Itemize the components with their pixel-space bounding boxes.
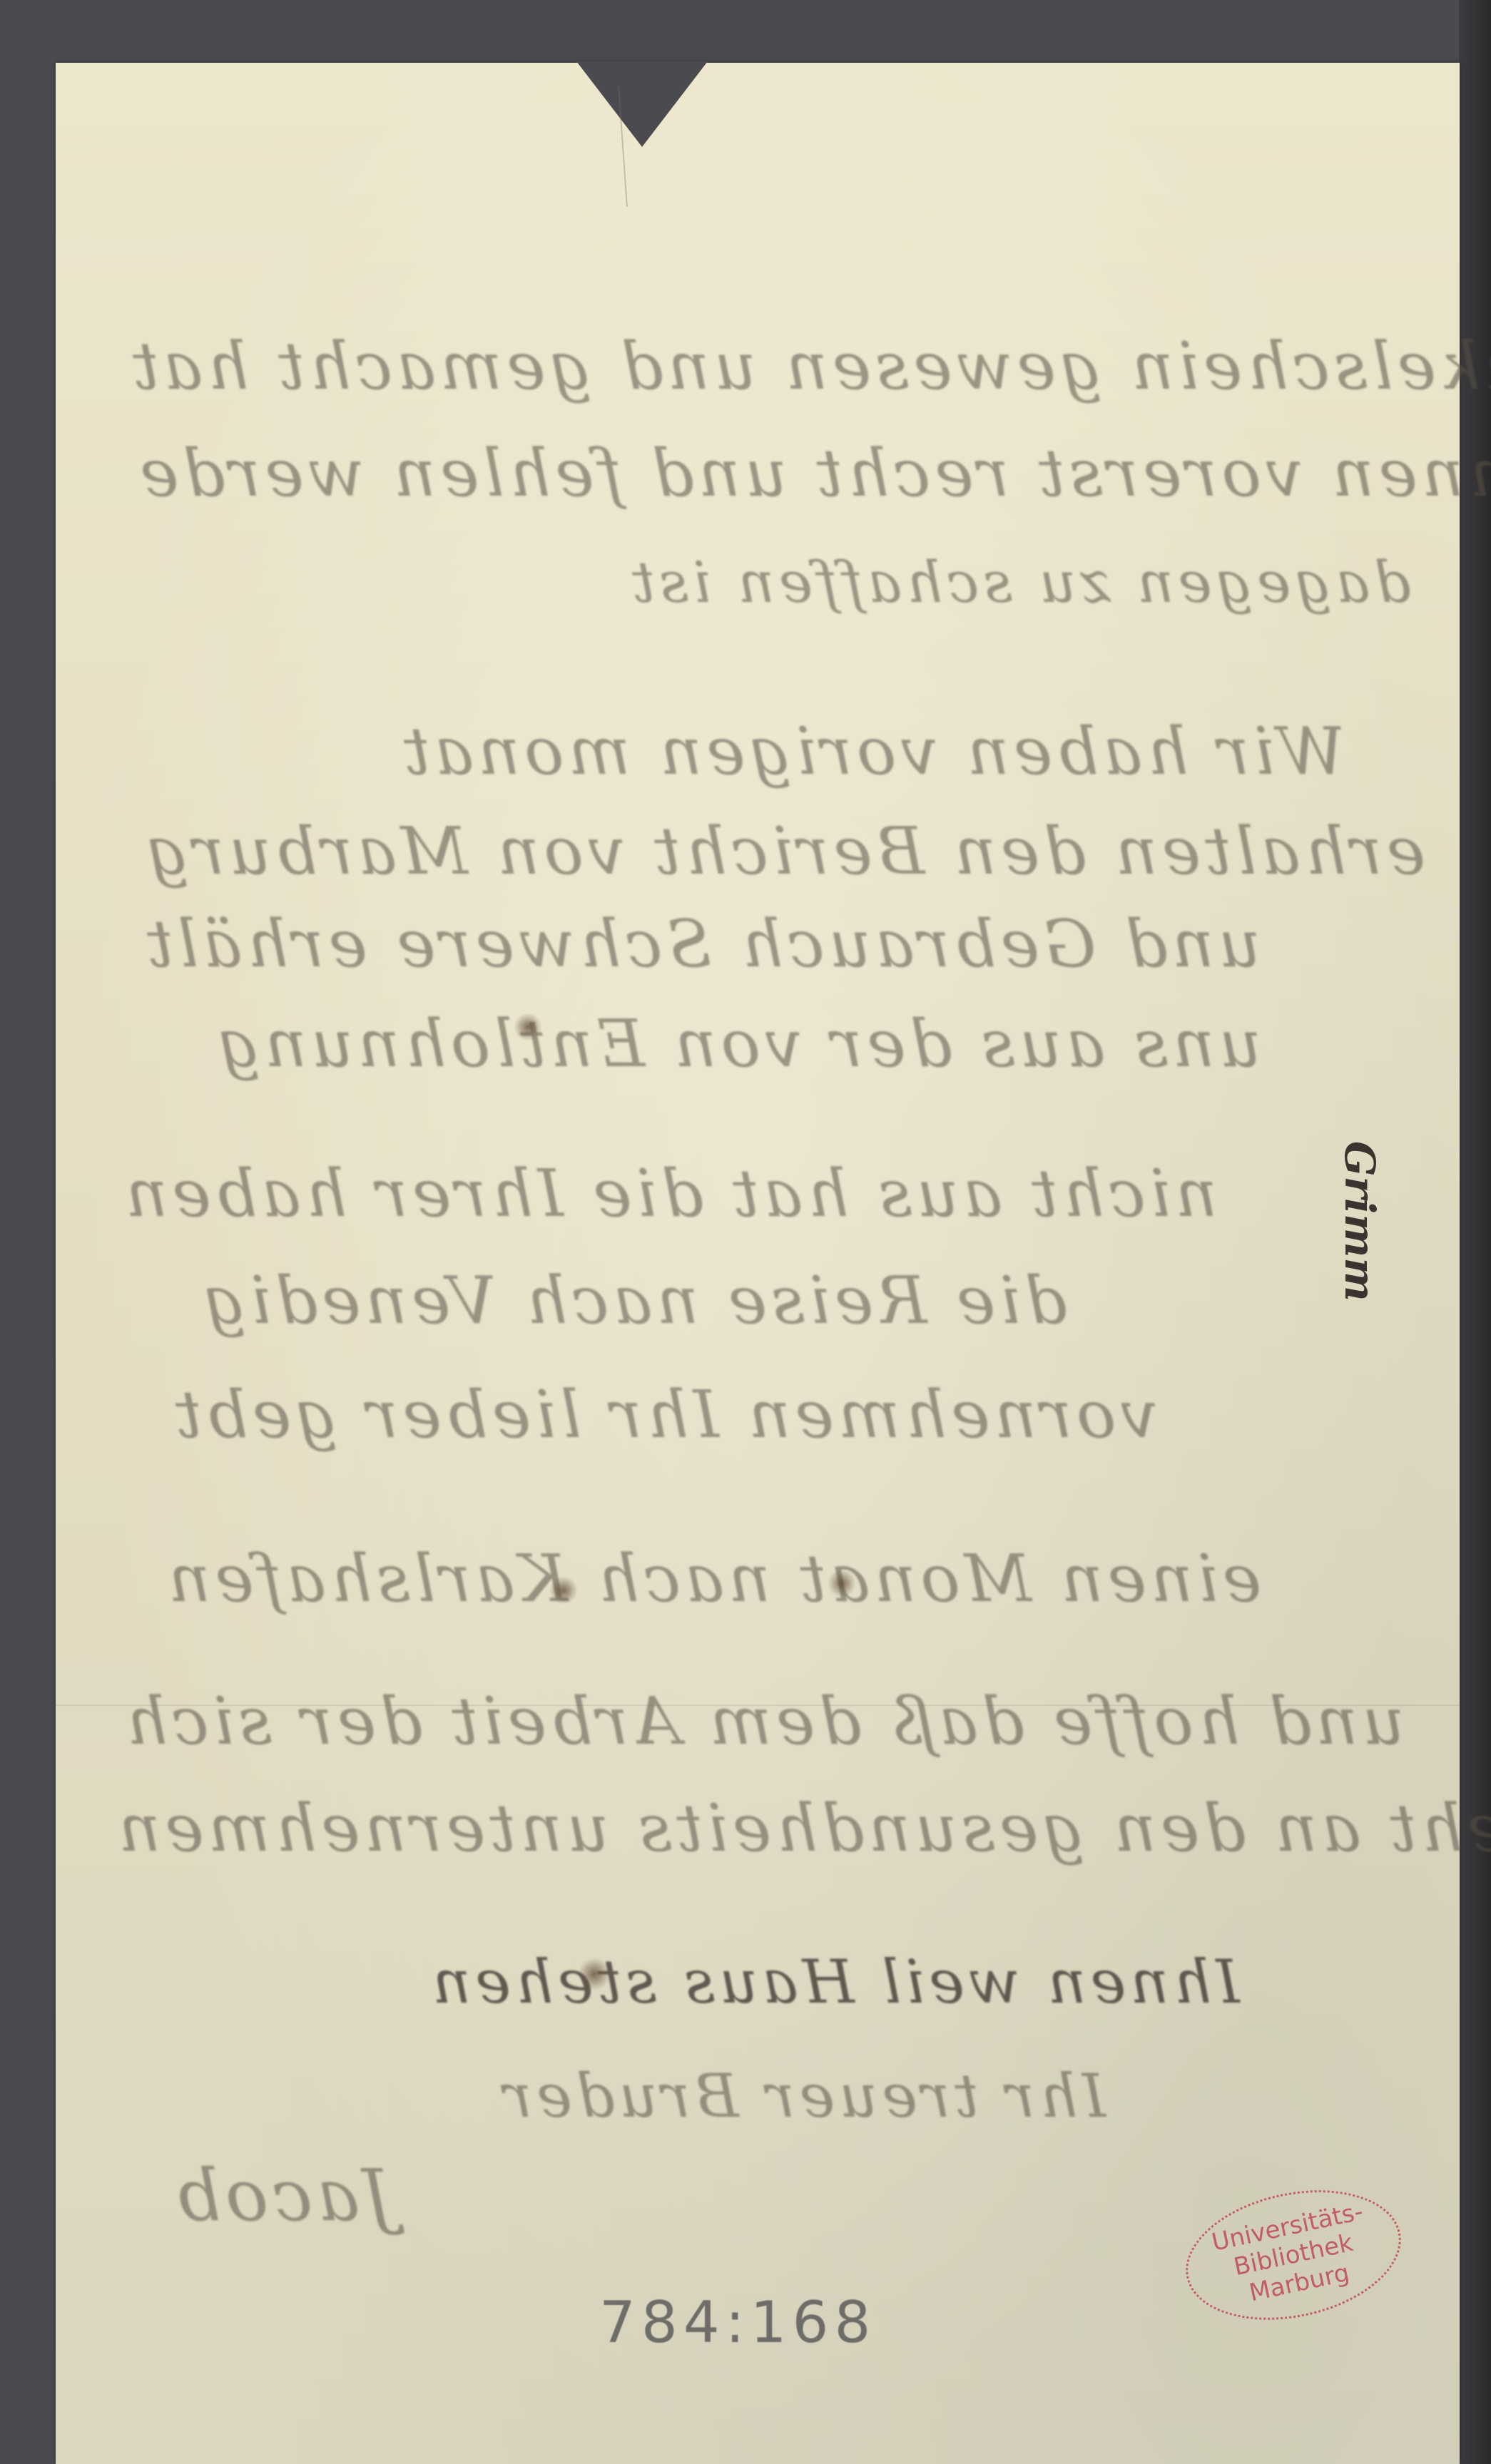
bleed-through-line: einen Monat nach Karlshafen <box>164 1540 1261 1617</box>
bleed-through-signature: Jacob <box>171 2154 392 2237</box>
shelfmark: 784:168 <box>599 2289 876 2356</box>
bleed-through-line: uns aus der von Entlohnung <box>214 1006 1261 1082</box>
bleed-through-line: nicht aus hat die Ihrer haben <box>121 1155 1217 1232</box>
bleed-through-line: und hoffe daß dem Arbeit der sich <box>121 1683 1405 1759</box>
bleed-through-line: die Reise nach Venedig <box>200 1262 1067 1339</box>
margin-note-grimm: Grimm <box>1335 1141 1384 1302</box>
torn-notch-top <box>576 61 708 147</box>
bleed-through-line: Ihnen vorerst recht und fehlen werde <box>136 435 1491 511</box>
ink-blot <box>578 1958 611 1990</box>
bleed-through-line: Wir haben vorigen monat <box>400 713 1345 789</box>
bleed-through-closing: Ihr treuer Bruder <box>499 2061 1106 2131</box>
bleed-through-line: dagegen zu schaffen ist <box>628 549 1410 615</box>
ink-blot <box>828 1569 856 1597</box>
bleed-through-line: Ihnen weil Haus stehen <box>428 1947 1240 2017</box>
bleed-through-line: vornehmen Ihr lieber gebt <box>171 1376 1157 1453</box>
bleed-through-line: zieht an den gesundheits unternehmen <box>114 1790 1491 1866</box>
bleed-through-line: Dunkelschein gewesen und gemacht hat <box>128 328 1491 404</box>
bleed-through-line: und Gebrauch Schwere erhält <box>143 906 1261 982</box>
ink-blot <box>514 1013 542 1041</box>
bleed-through-line: erhalten den Bericht von Marburg <box>143 813 1425 889</box>
ink-blot <box>549 1576 578 1605</box>
